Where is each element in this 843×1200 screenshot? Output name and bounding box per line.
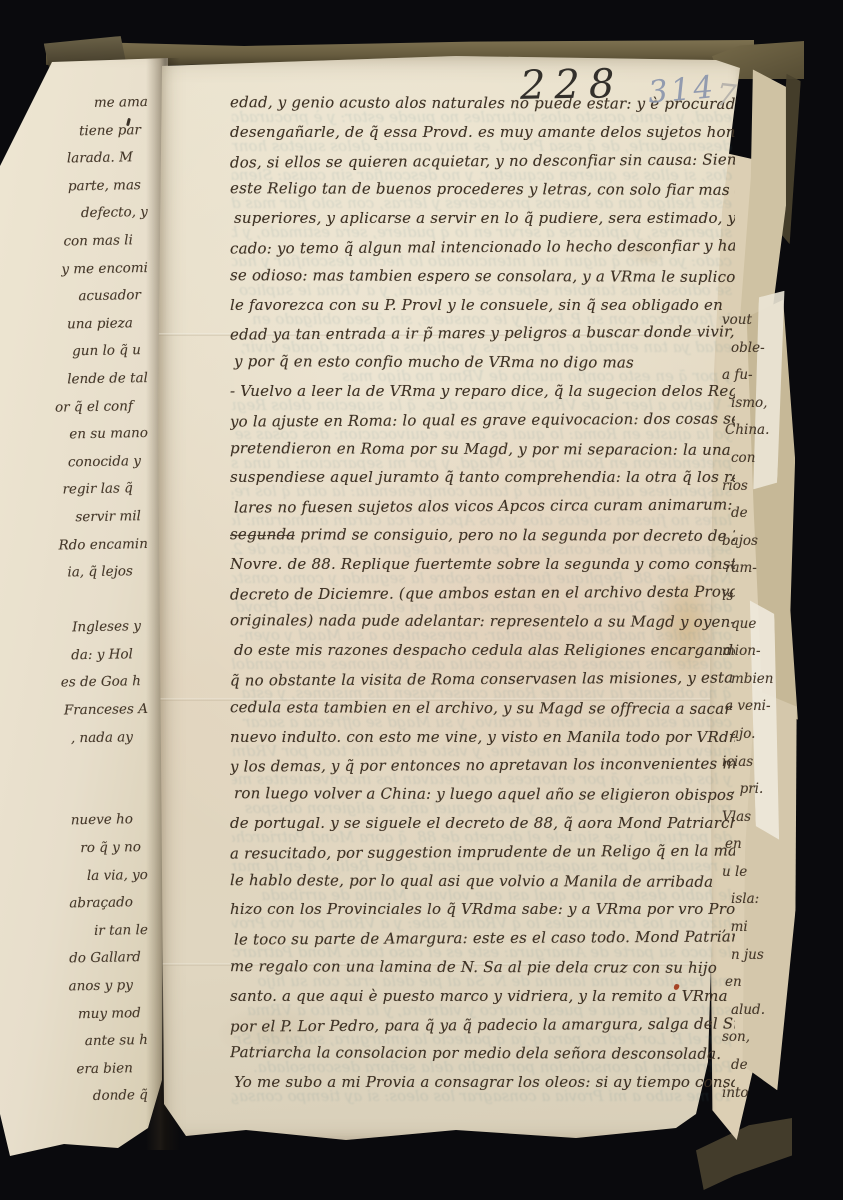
next-leaf-text-fragment: a veni- xyxy=(722,698,806,726)
manuscript-text-line: desengañarle, de q̃ essa Provd. es muy a… xyxy=(230,123,735,152)
next-leaf-text-fragment: en xyxy=(722,836,806,864)
manuscript-text-line: nuevo indulto. con esto me vine, y visto… xyxy=(230,728,735,757)
facing-page-text-fragment: defecto, y xyxy=(0,204,148,236)
facing-page-text-fragment: lende de tal xyxy=(0,370,148,402)
manuscript-text-line: le toco su parte de Amargura: este es el… xyxy=(230,928,735,960)
manuscript-text-line: Yo me subo a mi Provia a consagrar los o… xyxy=(230,1073,735,1102)
next-leaf-text-fragment: de xyxy=(722,505,806,533)
next-leaf-text-fragment: China. xyxy=(722,422,806,450)
next-leaf-text-fragment: is xyxy=(722,588,806,616)
manuscript-text-line: yo la ajuste en Roma: lo qual es grave e… xyxy=(230,409,735,441)
manuscript-text-line: - Vuelvo a leer la de VRma y reparo dice… xyxy=(230,382,735,411)
next-leaf-text-fragment: ismo, xyxy=(722,395,806,423)
facing-page-text-fragment: es de Goa h xyxy=(0,673,148,705)
next-leaf-text-fragment: n jus xyxy=(722,947,806,975)
manuscript-text-line: superiores, y aplicarse a servir en lo q… xyxy=(230,209,735,238)
manuscript-photograph: me amatiene parlarada. Mparte, masdefect… xyxy=(0,0,843,1200)
manuscript-text-line: originales) nada pude adelantar: represe… xyxy=(230,611,735,642)
facing-page-text-fragment: larada. M xyxy=(0,149,148,181)
manuscript-text-block: edad, y genio acusto alos naturales no p… xyxy=(230,94,735,1102)
next-leaf-text-fragment: Vlas xyxy=(722,809,806,837)
manuscript-text-line: le favorezca con su P. Provl y le consue… xyxy=(230,296,735,325)
next-leaf-text-fragment: en xyxy=(722,974,806,1002)
next-leaf-text-fragment: oble- xyxy=(722,340,806,368)
manuscript-text-line: do este mis razones despacho cedula alas… xyxy=(230,641,735,670)
manuscript-text-line: por el P. Lor Pedro, para q̃ ya q̃ padec… xyxy=(230,1014,735,1046)
folio-number-ink: 228 xyxy=(520,61,624,109)
facing-page-text-fragment: me ama xyxy=(0,94,148,126)
facing-page-text-fragment: Franceses A xyxy=(0,701,148,733)
next-leaf-text-fragment: ajo. xyxy=(722,726,806,754)
manuscript-text-line: a resucitado, por suggestion imprudente … xyxy=(230,841,735,873)
facing-page-text-fragment: gun lo q̃ u xyxy=(0,342,148,374)
next-leaf-text-fragment: icias xyxy=(722,754,806,782)
next-leaf-text-fragment: alud. xyxy=(722,1002,806,1030)
manuscript-text-line: cedula esta tambien en el archivo, y su … xyxy=(230,698,735,729)
facing-page-text-fragment: Rdo encamin xyxy=(0,535,148,567)
manuscript-text-line: hizo con los Provinciales lo q̃ VRdma sa… xyxy=(230,900,735,929)
next-leaf-text-fragment: son, xyxy=(722,1029,806,1057)
next-leaf-text-fragment: , mi xyxy=(722,919,806,947)
manuscript-text-line: cado: yo temo q̃ algun mal intencionado … xyxy=(230,236,735,268)
facing-page-text-fragment: ia, q̃ lejos xyxy=(0,563,148,595)
next-leaf-text-fragment: isla: xyxy=(722,891,806,919)
facing-page-text-fragment: nueve ho xyxy=(0,811,148,843)
manuscript-text-line: s̶e̶g̶u̶n̶d̶a̶ primd se consiguio, pero … xyxy=(230,525,735,556)
facing-page-text-fragment: servir mil xyxy=(0,508,148,540)
next-leaf-text-fragment: , pri. xyxy=(722,781,806,809)
manuscript-text-line: dos, si ellos se quieren acquietar, y no… xyxy=(230,150,735,182)
next-leaf-text-fragment: ram- xyxy=(722,560,806,588)
next-leaf-text-fragment: u le xyxy=(722,864,806,892)
next-leaf-text-fragment: bajos xyxy=(722,533,806,561)
next-leaf-text-fragment: into xyxy=(722,1085,806,1113)
next-leaf-text-fragment: a fu- xyxy=(722,367,806,395)
manuscript-text-line: este Religo tan de buenos procederes y l… xyxy=(230,180,735,211)
manuscript-text-line: decreto de Diciemre. (que ambos estan en… xyxy=(230,582,735,614)
next-leaf-text-fragment: mbien xyxy=(722,671,806,699)
folio-number-pencil-corner: 7 xyxy=(714,77,737,115)
next-leaf-text-fragment: rios xyxy=(722,478,806,506)
manuscript-text-line: Patriarcha la consolacion por medio dela… xyxy=(230,1043,735,1074)
next-leaf-text-fragment: mion- xyxy=(722,643,806,671)
manuscript-text-line: me regalo con una lamina de N. Sa al pie… xyxy=(230,957,735,988)
facing-page-text-fragment xyxy=(0,756,148,788)
next-leaf-text-fragment: con xyxy=(722,450,806,478)
manuscript-text-line: le hablo deste, por lo qual asi que volv… xyxy=(230,871,735,902)
manuscript-text-line: y por q̃ en esto confio mucho de VRma no… xyxy=(230,352,735,383)
next-leaf-text-fragment: vout xyxy=(722,312,806,340)
facing-page-text-fragment: acusador xyxy=(0,287,148,319)
facing-page-text-fragment: abraçado xyxy=(0,894,148,926)
next-leaf-text-fragment: de xyxy=(722,1057,806,1085)
facing-page-text-fragment: en su mano xyxy=(0,425,148,457)
manuscript-text-line: pretendieron en Roma por su Magd, y por … xyxy=(230,439,735,470)
facing-page-text-fragment: ro q̃ y no xyxy=(0,839,148,871)
manuscript-text-line: se odioso: mas tambien espero se consola… xyxy=(230,266,735,297)
manuscript-text-line: ron luego volver a China: y luego aquel … xyxy=(230,784,735,815)
manuscript-text-line: edad ya tan entrada a ir p̃ mares y peli… xyxy=(230,323,735,355)
facing-page-text-fragment: regir las q̃ xyxy=(0,480,148,512)
manuscript-text-line: Novre. de 88. Replique fuertemte sobre l… xyxy=(230,555,735,584)
facing-page-text-fragment: ante su h xyxy=(0,1032,148,1064)
folio-number-pencil-blue: 314 xyxy=(647,69,718,111)
next-leaf-text-fragment: que xyxy=(722,616,806,644)
manuscript-text-line: y los demas, y q̃ por entonces no apreta… xyxy=(230,755,735,787)
manuscript-text-line: lares no fuesen sujetos alos vicos Apcos… xyxy=(230,496,735,528)
manuscript-text-line: suspendiese aquel juramto q̃ tanto compr… xyxy=(230,468,735,497)
facing-page-text-column: me amatiene parlarada. Mparte, masdefect… xyxy=(0,96,148,1117)
facing-page-text-fragment: Ingleses y xyxy=(0,618,148,650)
manuscript-text-line: santo. a que aqui è puesto marco y vidri… xyxy=(230,987,735,1016)
facing-page-text-fragment: con mas li xyxy=(0,232,148,264)
facing-page-text-fragment: donde q̃ xyxy=(0,1087,148,1119)
manuscript-text-line: q̃ no obstante la visita de Roma conserv… xyxy=(230,668,735,700)
facing-page-text-fragment: anos y py xyxy=(0,977,148,1009)
book-board-bottom-corner xyxy=(696,1118,792,1190)
facing-page-text-fragment: do Gallard xyxy=(0,949,148,981)
next-leaf-text-column: voutoble-a fu-ismo,China.conriosdebajosr… xyxy=(722,312,806,1112)
manuscript-text-line: de portugal. y se siguele el decreto de … xyxy=(230,814,735,843)
